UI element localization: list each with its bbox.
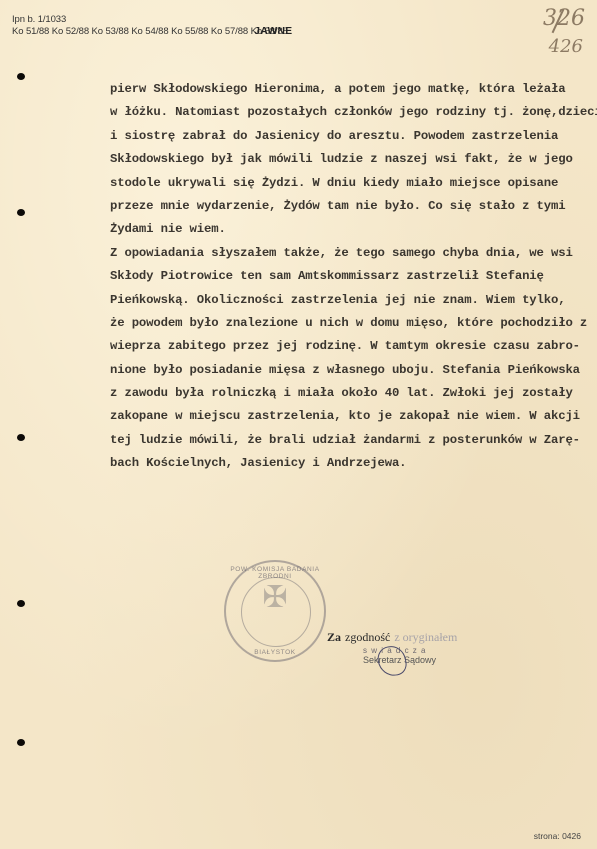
body-line: Z opowiadania słyszałem także, że tego s… xyxy=(110,242,590,265)
body-line: Pieńkowską. Okoliczności zastrzelenia je… xyxy=(110,289,590,312)
eagle-emblem-icon: ✠ xyxy=(226,580,324,615)
certification-lead: Za xyxy=(327,630,341,644)
pencil-page-number: 426 xyxy=(549,36,583,57)
body-line: Żydami nie wiem. xyxy=(110,218,590,241)
body-line: tej ludzie mówili, że brali udział żanda… xyxy=(110,429,590,452)
pencil-struck-number: 326 xyxy=(543,6,585,31)
body-line: pierw Skłodowskiego Hieronima, a potem j… xyxy=(110,78,590,101)
punch-hole-icon xyxy=(17,209,25,216)
page-number-footer: strona: 0426 xyxy=(534,831,581,841)
typewritten-body: pierw Skłodowskiego Hieronima, a potem j… xyxy=(110,78,590,476)
punch-hole-icon xyxy=(17,434,25,441)
case-numbers: Ko 51/88 Ko 52/88 Ko 53/88 Ko 54/88 Ko 5… xyxy=(12,26,288,37)
seal-text-bottom: BIAŁYSTOK xyxy=(226,649,324,656)
certification-stamp: Za zgodność z oryginałem xyxy=(327,628,457,646)
body-line: Skłody Piotrowice ten sam Amtskommissarz… xyxy=(110,265,590,288)
body-line: zakopane w miejscu zastrzelenia, kto je … xyxy=(110,405,590,428)
body-line: z zawodu była rolniczką i miała około 40… xyxy=(110,382,590,405)
classification-stamp: JAWNE xyxy=(254,26,292,37)
body-line: stodole ukrywali się Żydzi. W dniu kiedy… xyxy=(110,172,590,195)
certification-text: zgodność xyxy=(345,630,390,644)
body-line: w łóżku. Natomiast pozostałych członków … xyxy=(110,101,590,124)
body-line: bach Kościelnych, Jasienicy i Andrzejewa… xyxy=(110,452,590,475)
body-line: Skłodowskiego był jak mówili ludzie z na… xyxy=(110,148,590,171)
certification-faint-text: z oryginałem xyxy=(394,630,457,644)
archive-signature: Ipn b. 1/1033 xyxy=(12,14,292,26)
body-line: nione było posiadanie mięsa z własnego u… xyxy=(110,359,590,382)
punch-hole-icon xyxy=(17,600,25,607)
body-line: że powodem było znalezione u nich w domu… xyxy=(110,312,590,335)
archive-header: Ipn b. 1/1033 Ko 51/88 Ko 52/88 Ko 53/88… xyxy=(12,14,292,38)
punch-hole-icon xyxy=(17,73,25,80)
official-seal: POW. KOMISJA BADANIA ZBRODNI ✠ BIAŁYSTOK xyxy=(224,560,326,662)
punch-hole-icon xyxy=(17,739,25,746)
document-page: Ipn b. 1/1033 Ko 51/88 Ko 52/88 Ko 53/88… xyxy=(0,0,597,849)
body-line: i siostrę zabrał do Jasienicy do aresztu… xyxy=(110,125,590,148)
body-line: przeze mnie wydarzenie, Żydów tam nie by… xyxy=(110,195,590,218)
body-line: wieprza zabitego przez jej rodzinę. W ta… xyxy=(110,335,590,358)
